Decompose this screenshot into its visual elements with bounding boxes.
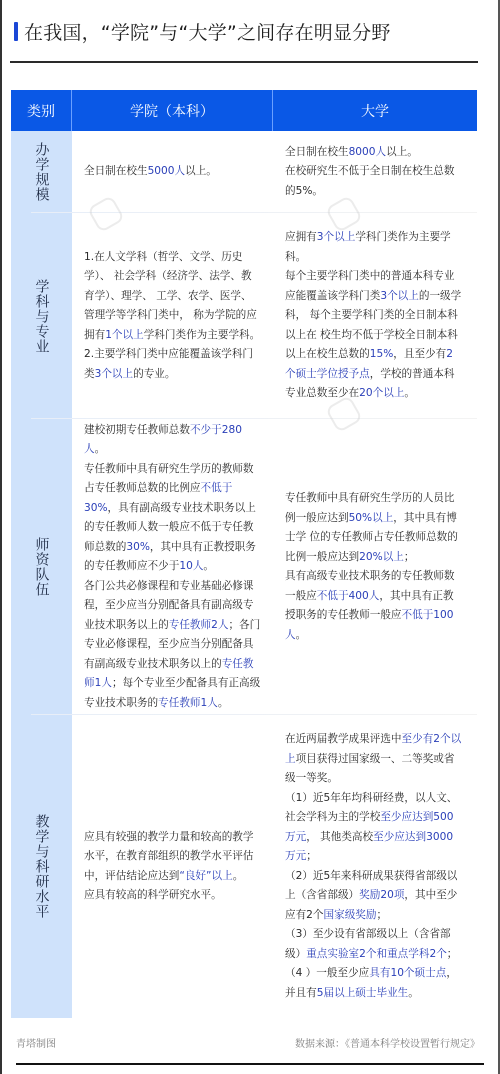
bottom-divider: [16, 1063, 484, 1065]
cell-text: 在校研究生不低于全日制在校生总数的5%。: [285, 165, 455, 197]
category-label: 教学与科研水平: [35, 814, 49, 919]
cell-text: 全日制在校生: [84, 165, 148, 177]
highlight-value: 10人: [179, 560, 203, 572]
university-cell: 专任教师中具有研究生学历的人员比例一般应达到50%以上，其中具有博士学 位的专任…: [273, 419, 477, 715]
cell-text: ；: [404, 551, 415, 563]
college-cell: 应具有较强的教学力量和较高的教学水平，在教育部组织的教学水平评估中，评估结论应达…: [72, 715, 273, 1018]
cell-text: 。: [296, 629, 307, 641]
title-divider: [10, 61, 478, 63]
highlight-value: 20%以上: [359, 551, 404, 563]
cell-text: 。: [404, 387, 415, 399]
highlight-value: 不低于400人: [317, 590, 380, 602]
credit-label: 青塔制图: [16, 1035, 56, 1050]
cell-text: 。: [233, 870, 244, 882]
category-cell: 教学与科研水平: [11, 715, 72, 1018]
cell-paragraph: （1）近5年年均科研经费，以人文、社会学科为主的学校至少应达到500万元， 其他…: [285, 789, 463, 867]
cell-text: （4 ）一般至少应: [285, 967, 369, 979]
cell-paragraph: 在校研究生不低于全日制在校生总数的5%。: [285, 162, 463, 201]
cell-paragraph: 全日制在校生8000人以上。: [285, 143, 463, 163]
category-cell: 师资队伍: [11, 419, 72, 715]
source-label: 数据来源：《普通本科学校设置暂行规定》: [295, 1035, 480, 1050]
cell-text: 以上。: [185, 165, 217, 177]
table-row: 教学与科研水平 应具有较强的教学力量和较高的教学水平，在教育部组织的教学水平评估…: [11, 715, 477, 1018]
cell-text: 全日制在校生: [285, 146, 349, 158]
cell-text: 应拥有: [285, 231, 317, 243]
college-cell: 建校初期专任教师总数不少于280人。专任教师中具有研究生学历的教师数占专任教师总…: [72, 419, 273, 715]
highlight-value: 专任教师2人: [169, 619, 229, 631]
cell-text: 。: [408, 987, 419, 999]
highlight-value: 国家级奖励: [324, 909, 377, 921]
cell-paragraph: 1.在人文学科（哲学、文学、历史学）、 社会学科（经济学、法学、教育学）、理学、…: [84, 248, 261, 346]
cell-paragraph: 专任教师中具有研究生学历的教师数占专任教师总数的比例应不低于30%，具有副高级专…: [84, 460, 261, 577]
college-cell: 1.在人文学科（哲学、文学、历史学）、 社会学科（经济学、法学、教育学）、理学、…: [72, 213, 273, 419]
cell-paragraph: 每个主要学科门类中的普通本科专业应能覆盖该学科门类3个以上的一级学科， 每个主要…: [285, 267, 463, 404]
cell-text: ，且至少有: [393, 348, 446, 360]
highlight-value: 50%以上: [349, 512, 394, 524]
cell-text: 。: [95, 443, 106, 455]
highlight-value: “良好”以上: [179, 870, 232, 882]
title-accent-bar: [14, 22, 18, 41]
header-college: 学院（本科）: [72, 90, 273, 131]
cell-text: ；: [447, 948, 458, 960]
highlight-value: 1个以上: [105, 329, 144, 341]
cell-text: 应具有较高的科学研究水平。: [84, 889, 222, 901]
cell-paragraph: 应具有较高的科学研究水平。: [84, 886, 261, 906]
highlight-value: 5届以上硕士毕业生: [317, 987, 409, 999]
highlight-value: 5000人: [148, 165, 186, 177]
title-row: 在我国，“学院”与“大学”之间存在明显分野: [14, 18, 391, 45]
cell-text: 在近两届教学成果评选中: [285, 733, 402, 745]
cell-text: 1.在人文学科（哲学、文学、历史学）、 社会学科（经济学、法学、教育学）、理学、…: [84, 251, 257, 341]
highlight-value: 3个以上: [317, 231, 356, 243]
cell-text: 项目获得过国家级一、二等奖或省级一等奖。: [285, 753, 455, 785]
cell-paragraph: （2）近5年来科研成果获得省部级以上（含省部级）奖励20项，其中至少应有2个国家…: [285, 867, 463, 926]
highlight-value: 15%: [370, 348, 394, 360]
page-title: 在我国，“学院”与“大学”之间存在明显分野: [24, 18, 391, 45]
cell-text: ；: [377, 909, 388, 921]
cell-text: ， 其他类高校: [306, 831, 373, 843]
category-cell: 办学规模: [11, 131, 72, 213]
cell-paragraph: （3）至少设有省部级以上（含省部级）重点实验室2个和重点学科2个；: [285, 925, 463, 964]
highlight-value: 专任教师1人: [158, 697, 218, 709]
highlight-value: 3个以上: [95, 368, 134, 380]
cell-text: 建校初期专任教师总数: [84, 424, 190, 436]
highlight-value: 3个以上: [380, 290, 419, 302]
category-label: 师资队伍: [35, 537, 49, 597]
table-row: 学科与专业 1.在人文学科（哲学、文学、历史学）、 社会学科（经济学、法学、教育…: [11, 213, 477, 419]
table-header: 类别 学院（本科） 大学: [11, 90, 477, 131]
cell-paragraph: 建校初期专任教师总数不少于280人。: [84, 421, 261, 460]
cell-text: 以上。: [386, 146, 418, 158]
cell-paragraph: 专任教师中具有研究生学历的人员比例一般应达到50%以上，其中具有博士学 位的专任…: [285, 489, 463, 567]
university-cell: 在近两届教学成果评选中至少有2个以上项目获得过国家级一、二等奖或省级一等奖。（1…: [273, 715, 477, 1018]
category-label: 学科与专业: [35, 279, 49, 354]
cell-paragraph: 在近两届教学成果评选中至少有2个以上项目获得过国家级一、二等奖或省级一等奖。: [285, 730, 463, 789]
highlight-value: 30%: [126, 541, 150, 553]
category-cell: 学科与专业: [11, 213, 72, 419]
header-university: 大学: [273, 90, 477, 131]
cell-paragraph: （4 ）一般至少应具有10个硕士点，并且有5届以上硕士毕业生。: [285, 964, 463, 1003]
university-cell: 全日制在校生8000人以上。在校研究生不低于全日制在校生总数的5%。: [273, 131, 477, 213]
highlight-value: 20个以上: [359, 387, 404, 399]
cell-text: 。: [218, 697, 229, 709]
highlight-value: 8000人: [349, 146, 387, 158]
cell-paragraph: 具有高级专业技术职务的专任教师数一般应不低于400人，其中具有正教授职务的专任教…: [285, 567, 463, 645]
comparison-table: 类别 学院（本科） 大学 办学规模 全日制在校生5000人以上。 全日制在校生8…: [11, 90, 477, 1018]
highlight-value: 奖励20项: [359, 889, 404, 901]
cell-paragraph: 全日制在校生5000人以上。: [84, 162, 261, 182]
cell-text: 。: [203, 560, 214, 572]
table-row: 办学规模 全日制在校生5000人以上。 全日制在校生8000人以上。在校研究生不…: [11, 131, 477, 213]
highlight-value: 具有10个硕士点: [369, 967, 446, 979]
cell-text: ；: [306, 850, 317, 862]
header-category: 类别: [11, 90, 72, 131]
cell-paragraph: 2.主要学科门类中应能覆盖该学科门类3个以上的专业。: [84, 345, 261, 384]
cell-text: 学科门类作为主要学科。: [144, 329, 261, 341]
highlight-value: 重点实验室2个和重点学科2个: [306, 948, 447, 960]
table-row: 师资队伍 建校初期专任教师总数不少于280人。专任教师中具有研究生学历的教师数占…: [11, 419, 477, 715]
cell-text: 的专业。: [133, 368, 175, 380]
university-cell: 应拥有3个以上学科门类作为主要学科。每个主要学科门类中的普通本科专业应能覆盖该学…: [273, 213, 477, 419]
cell-paragraph: 应具有较强的教学力量和较高的教学水平，在教育部组织的教学水平评估中，评估结论应达…: [84, 828, 261, 887]
cell-paragraph: 各门公共必修课程和专业基础必修课程，至少应当分别配备具有副高级专业技术职务以上的…: [84, 577, 261, 714]
cell-paragraph: 应拥有3个以上学科门类作为主要学科。: [285, 228, 463, 267]
category-label: 办学规模: [35, 142, 49, 202]
